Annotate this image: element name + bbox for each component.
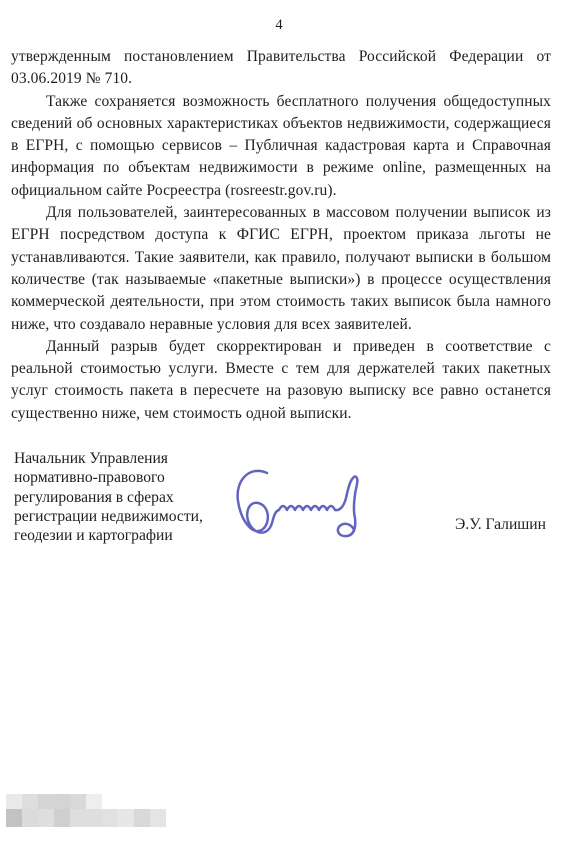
document-body: утвержденным постановлением Правительств… <box>11 46 551 425</box>
redaction-pixel <box>134 809 150 827</box>
redaction-pixel <box>86 809 102 827</box>
redaction-pixel <box>70 794 86 809</box>
redaction-row <box>6 809 166 827</box>
paragraph-continuation: утвержденным постановлением Правительств… <box>11 46 551 91</box>
redaction-pixel <box>118 809 134 827</box>
redaction-pixel <box>6 794 22 809</box>
paragraph-bulk-extracts: Для пользователей, заинтересованных в ма… <box>11 202 551 336</box>
redaction-pixel <box>22 809 38 827</box>
paragraph-free-access-services: Также сохраняется возможность бесплатног… <box>11 91 551 202</box>
redaction-pixel <box>22 794 38 809</box>
signer-title: Начальник Управления нормативно-правовог… <box>14 449 224 545</box>
scanned-document-page: 4 утвержденным постановлением Правительс… <box>0 0 565 851</box>
redaction-pixel <box>86 794 102 809</box>
redaction-pixel <box>38 809 54 827</box>
redaction-pixel <box>102 809 118 827</box>
redaction-pixel <box>6 809 22 827</box>
signature-ink-icon <box>227 461 395 557</box>
redaction-pixel <box>38 794 54 809</box>
paragraph-price-gap: Данный разрыв будет скорректирован и при… <box>11 336 551 425</box>
redaction-row <box>6 794 166 809</box>
redaction-pixel <box>70 809 86 827</box>
signer-name: Э.У. Галишин <box>455 516 550 534</box>
redaction-pixel <box>54 794 70 809</box>
redaction-pixel <box>54 809 70 827</box>
page-number: 4 <box>0 17 558 34</box>
redaction-pixel <box>150 809 166 827</box>
redacted-footer-blur <box>6 794 166 827</box>
signature-stroke <box>238 471 358 536</box>
